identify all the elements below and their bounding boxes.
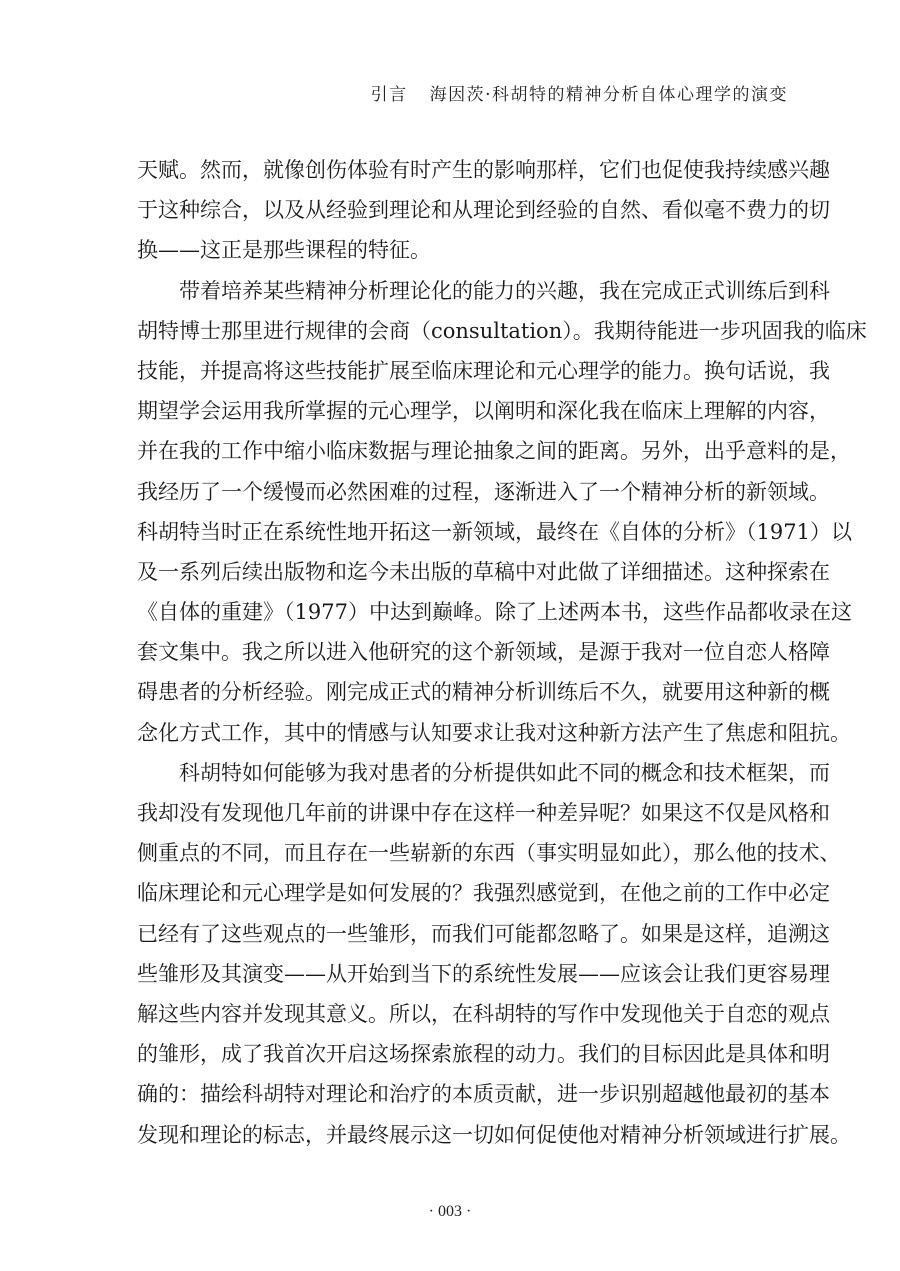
header-chapter-title: 海因茨·科胡特的精神分析自体心理学的演变 xyxy=(430,85,788,105)
text-line: 换——这正是那些课程的特征。 xyxy=(137,230,792,270)
text-line: 技能，并提高将这些技能扩展至临床理论和元心理学的能力。换句话说，我 xyxy=(137,351,792,391)
text-line: 于这种综合，以及从经验到理论和从理论到经验的自然、看似毫不费力的切 xyxy=(137,190,792,230)
header-section-label: 引言 xyxy=(371,85,408,105)
text-line: 解这些内容并发现其意义。所以，在科胡特的写作中发现他关于自恋的观点 xyxy=(137,994,792,1034)
text-line: 期望学会运用我所掌握的元心理学，以阐明和深化我在临床上理解的内容， xyxy=(137,391,792,431)
text-line: 念化方式工作，其中的情感与认知要求让我对这种新方法产生了焦虑和阻抗。 xyxy=(137,713,792,753)
text-line: 临床理论和元心理学是如何发展的？我强烈感觉到，在他之前的工作中必定 xyxy=(137,873,792,913)
text-line: 胡特博士那里进行规律的会商（consultation）。我期待能进一步巩固我的临… xyxy=(137,311,792,351)
text-line: 《自体的重建》（1977）中达到巅峰。除了上述两本书，这些作品都收录在这 xyxy=(137,592,792,632)
body-text: 天赋。然而，就像创伤体验有时产生的影响那样，它们也促使我持续感兴趣 于这种综合，… xyxy=(137,150,792,1155)
text-line: 碍患者的分析经验。刚完成正式的精神分析训练后不久，就要用这种新的概 xyxy=(137,672,792,712)
text-line: 我经历了一个缓慢而必然困难的过程，逐渐进入了一个精神分析的新领域。 xyxy=(137,472,792,512)
text-line: 及一系列后续出版物和迄今未出版的草稿中对此做了详细描述。这种探索在 xyxy=(137,552,792,592)
text-line: 确的：描绘科胡特对理论和治疗的本质贡献，进一步识别超越他最初的基本 xyxy=(137,1074,792,1114)
page-number: · 003 · xyxy=(0,1203,900,1221)
text-line: 我却没有发现他几年前的讲课中存在这样一种差异呢？如果这不仅是风格和 xyxy=(137,793,792,833)
text-line: 些雏形及其演变——从开始到当下的系统性发展——应该会让我们更容易理 xyxy=(137,954,792,994)
text-line: 发现和理论的标志，并最终展示这一切如何促使他对精神分析领域进行扩展。 xyxy=(137,1115,792,1155)
text-line: 的雏形，成了我首次开启这场探索旅程的动力。我们的目标因此是具体和明 xyxy=(137,1034,792,1074)
text-line: 侧重点的不同，而且存在一些崭新的东西（事实明显如此），那么他的技术、 xyxy=(137,833,792,873)
text-line: 套文集中。我之所以进入他研究的这个新领域，是源于我对一位自恋人格障 xyxy=(137,632,792,672)
paragraph-start-line: 科胡特如何能够为我对患者的分析提供如此不同的概念和技术框架，而 xyxy=(137,753,792,793)
text-line: 科胡特当时正在系统性地开拓这一新领域，最终在《自体的分析》（1971）以 xyxy=(137,512,792,552)
text-line: 已经有了这些观点的一些雏形，而我们可能都忽略了。如果是这样，追溯这 xyxy=(137,914,792,954)
text-line: 并在我的工作中缩小临床数据与理论抽象之间的距离。另外，出乎意料的是， xyxy=(137,431,792,471)
running-header: 引言海因茨·科胡特的精神分析自体心理学的演变 xyxy=(371,80,788,105)
text-line: 天赋。然而，就像创伤体验有时产生的影响那样，它们也促使我持续感兴趣 xyxy=(137,150,792,190)
paragraph-start-line: 带着培养某些精神分析理论化的能力的兴趣，我在完成正式训练后到科 xyxy=(137,271,792,311)
